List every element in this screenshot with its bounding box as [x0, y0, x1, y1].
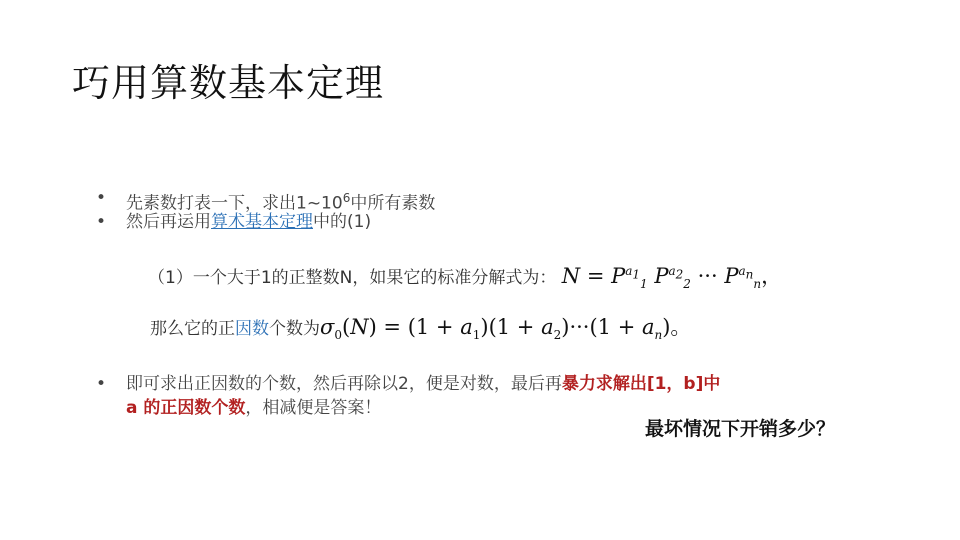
bullet-dot-icon: •: [96, 186, 120, 210]
divisor-count-formula: σ0(N) = (1 + a1)(1 + a2)···(1 + an)。: [320, 315, 691, 339]
definition-text-2: 那么它的正: [150, 319, 235, 339]
bullet-2-text-end: 中的(1): [313, 212, 371, 232]
bullet-dot-icon: •: [96, 372, 120, 396]
bullet-2-text: 然后再运用: [126, 212, 211, 232]
slide-title: 巧用算数基本定理: [72, 58, 384, 108]
divisor-word: 因数: [235, 319, 269, 339]
definition-line-2: 那么它的正因数个数为σ0(N) = (1 + a1)(1 + a2)···(1 …: [150, 312, 691, 350]
factorization-formula: N = Pa11 Pa22 ··· Pann，: [562, 264, 782, 288]
definition-text-1: （1）一个大于1的正整数N，如果它的标准分解式为：: [148, 268, 556, 288]
definition-line-1: （1）一个大于1的正整数N，如果它的标准分解式为： N = Pa11 Pa22 …: [148, 256, 782, 299]
theorem-link[interactable]: 算术基本定理: [211, 212, 313, 232]
worst-case-question: 最坏情况下开销多少？: [645, 414, 835, 441]
bullet-dot-icon: •: [96, 210, 120, 234]
